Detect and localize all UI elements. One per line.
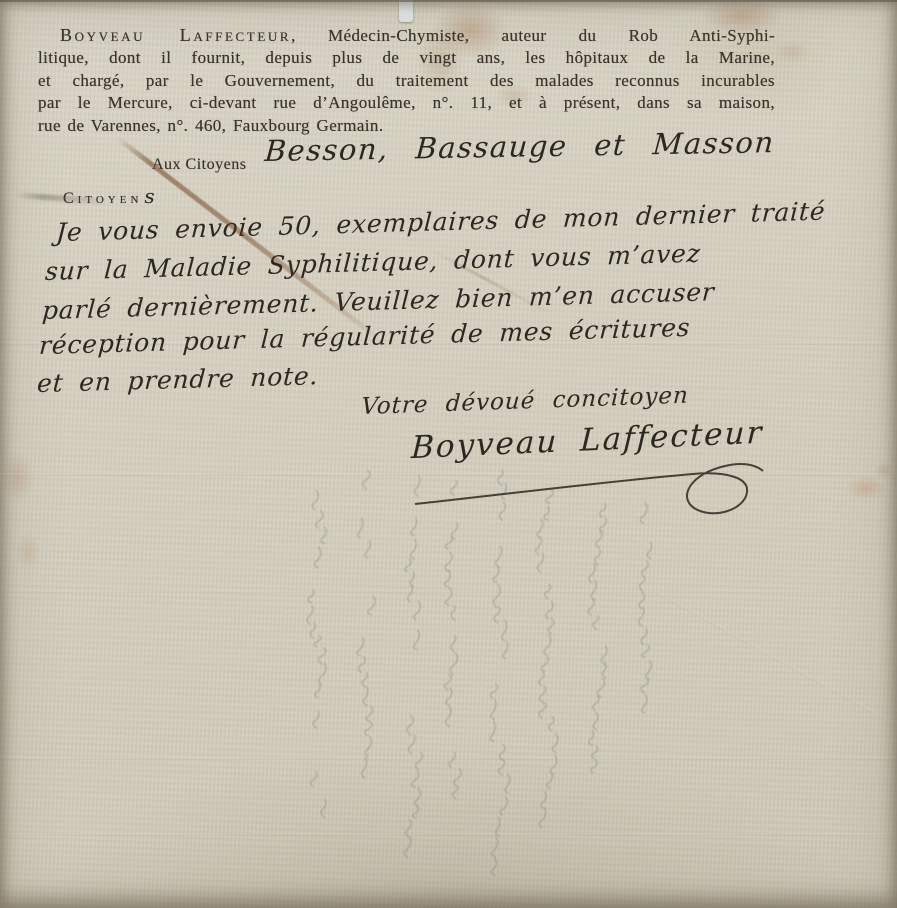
letterhead-line: et chargé, par le Gouvernement, du trait… — [38, 70, 775, 92]
salutation-handwritten-s: s — [144, 184, 154, 208]
fold-crease — [233, 420, 235, 908]
body-line: et en prendre note. — [36, 361, 319, 398]
author-name: Boyveau Laffecteur — [60, 25, 291, 45]
letterhead-line: litique, dont il fournit, depuis plus de… — [38, 47, 775, 69]
fold-crease — [0, 590, 897, 593]
letterhead-line: par le Mercure, ci-devant rue d’Angoulêm… — [38, 92, 775, 114]
fold-crease — [0, 757, 897, 760]
salutation: Citoyens — [63, 184, 155, 208]
body-line: Je vous envoie 50, exemplaires de mon de… — [55, 197, 826, 248]
printed-letterhead: Boyveau Laffecteur, Médecin-Chymiste, au… — [38, 24, 775, 137]
letterhead-line-1-text: , Médecin-Chymiste, auteur du Rob Anti-S… — [291, 26, 775, 45]
closing-line: Votre dévoué concitoyen — [361, 383, 690, 421]
fold-crease — [0, 473, 897, 476]
signature: Boyveau Laffecteur — [410, 415, 764, 466]
address-line: Aux CitoyensBesson, Bassauge et Masson — [152, 142, 776, 176]
salutation-printed: Citoyen — [63, 190, 142, 207]
fold-crease — [0, 833, 897, 836]
mount-tab — [399, 0, 413, 22]
address-printed-prefix: Aux Citoyens — [152, 156, 246, 173]
fold-crease — [654, 590, 897, 733]
paper-top-edge — [0, 0, 897, 2]
fold-crease — [568, 455, 570, 908]
letter-page: Boyveau Laffecteur, Médecin-Chymiste, au… — [0, 0, 897, 908]
body-line: sur la Maladie Syphilitique, dont vous m… — [44, 239, 701, 286]
letterhead-line: Boyveau Laffecteur, Médecin-Chymiste, au… — [38, 24, 775, 47]
